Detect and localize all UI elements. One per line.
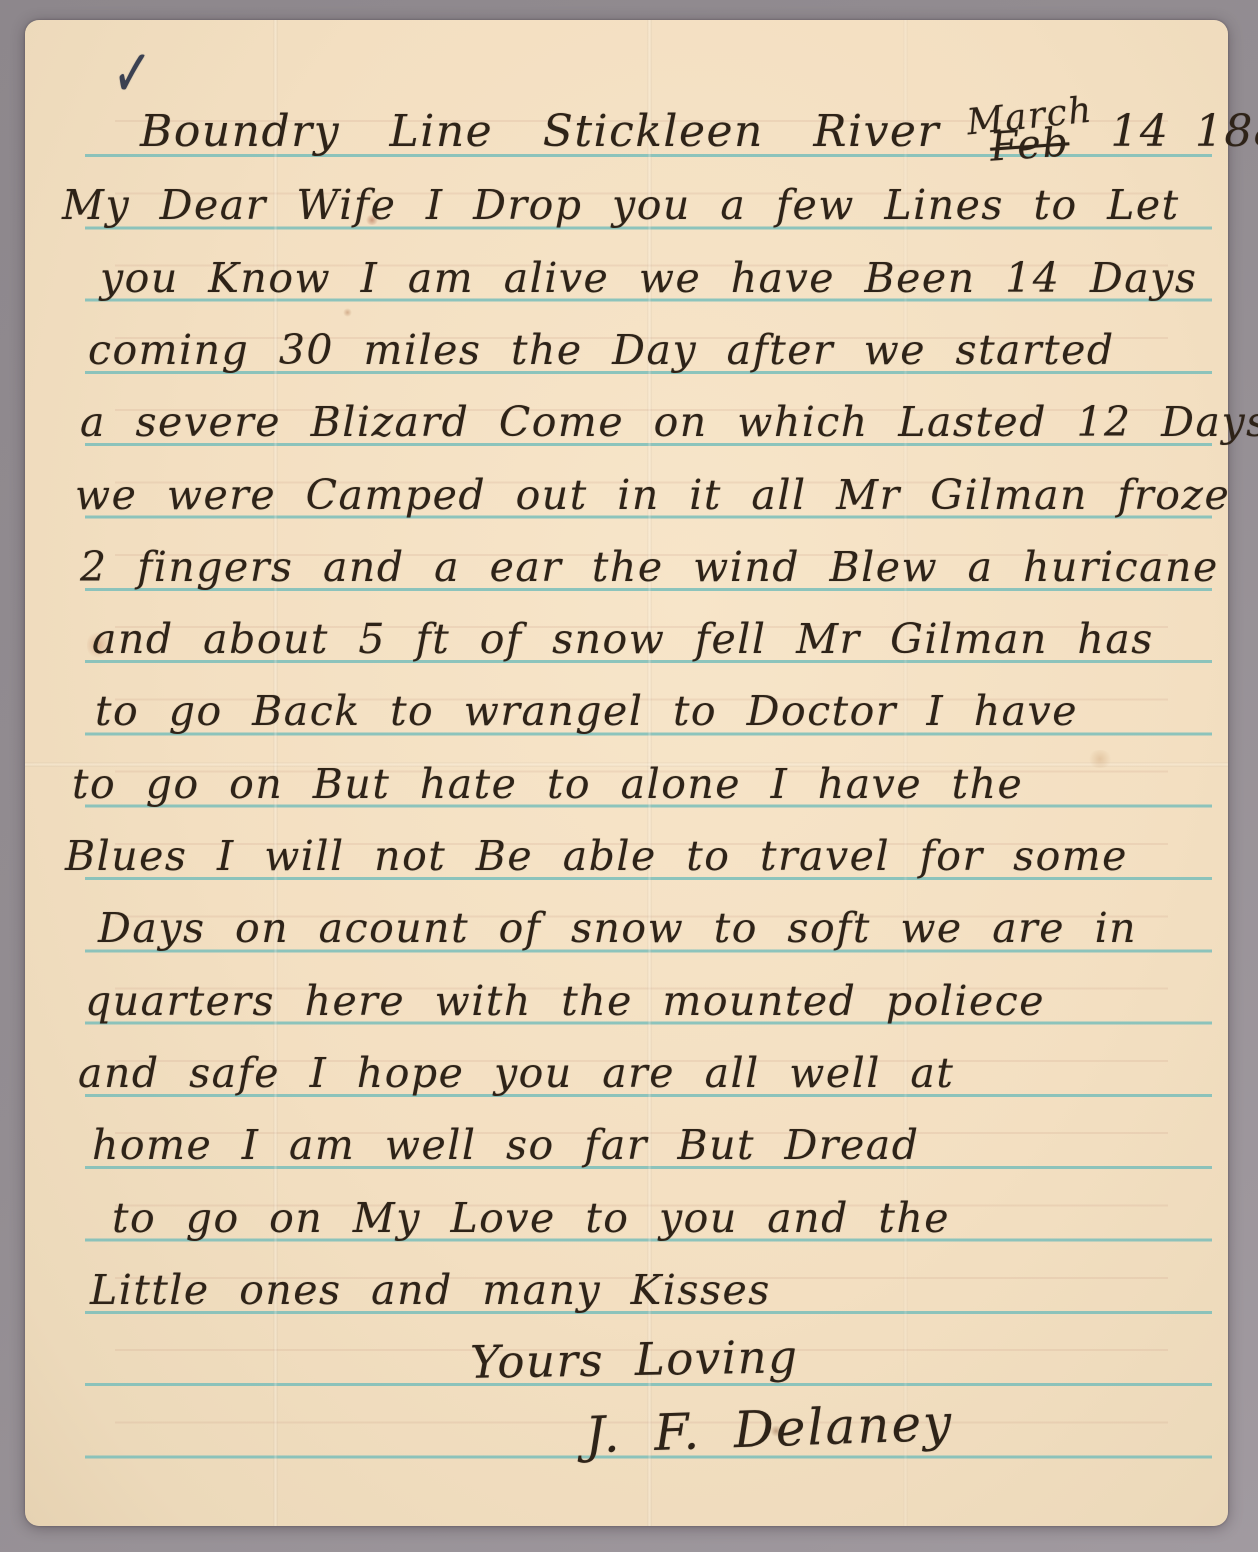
letter-line: and about 5 ft of snow fell Mr Gilman ha… (92, 605, 1154, 663)
heading-date-cluster: March Feb 14 1888 (966, 89, 1258, 157)
letter-line: home I am well so far But Dread (92, 1111, 919, 1169)
heading-line: Boundry Line Stickleen River March Feb 1… (140, 99, 1258, 157)
letter-line: coming 30 miles the Day after we started (88, 316, 1115, 374)
scan-backdrop: ✓ Boundry Line Stickleen River March Feb… (0, 0, 1258, 1552)
heading-month-struck: Feb (988, 124, 1070, 165)
letter-line: to go on But hate to alone I have the (72, 750, 1023, 808)
letter-line: quarters here with the mounted poliece (85, 967, 1045, 1025)
closing-line: Yours Loving (470, 1325, 799, 1389)
letter-line: you Know I am alive we have Been 14 Days (100, 244, 1197, 302)
letter-line: and safe I hope you are all well at (78, 1039, 954, 1097)
heading-month-correction: March Feb (966, 95, 1092, 163)
signature: J. F. Delaney (584, 1388, 954, 1465)
letter-line: to go on My Love to you and the (112, 1184, 950, 1242)
letter-page: ✓ Boundry Line Stickleen River March Feb… (25, 20, 1228, 1526)
letter-line: to go Back to wrangel to Doctor I have (95, 677, 1078, 735)
letter-line: My Dear Wife I Drop you a few Lines to L… (62, 171, 1180, 229)
letter-line: we were Camped out in it all Mr Gilman f… (75, 461, 1230, 519)
letter-line: a severe Blizard Come on which Lasted 12… (80, 388, 1258, 446)
letter-line: Days on acount of snow to soft we are in (98, 894, 1137, 952)
letter-line: 2 fingers and a ear the wind Blew a huri… (80, 533, 1219, 591)
heading-place: Boundry Line Stickleen River (140, 106, 940, 157)
letter-line: Blues I will not Be able to travel for s… (65, 822, 1128, 880)
letter-line: Little ones and many Kisses (90, 1256, 771, 1314)
heading-date: 14 1888 (1110, 106, 1258, 157)
